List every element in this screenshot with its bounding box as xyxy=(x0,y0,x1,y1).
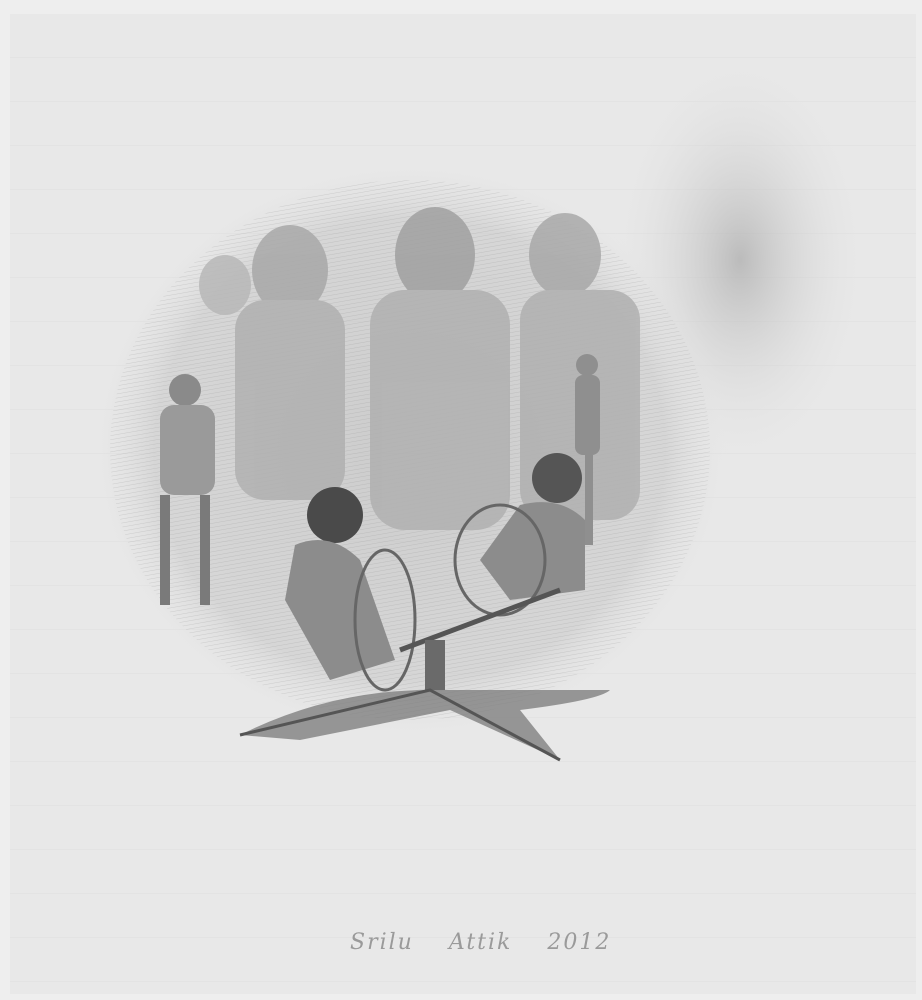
pencil-drawing xyxy=(0,0,922,1000)
artist-signature: Srilu Attik 2012 xyxy=(350,930,611,955)
